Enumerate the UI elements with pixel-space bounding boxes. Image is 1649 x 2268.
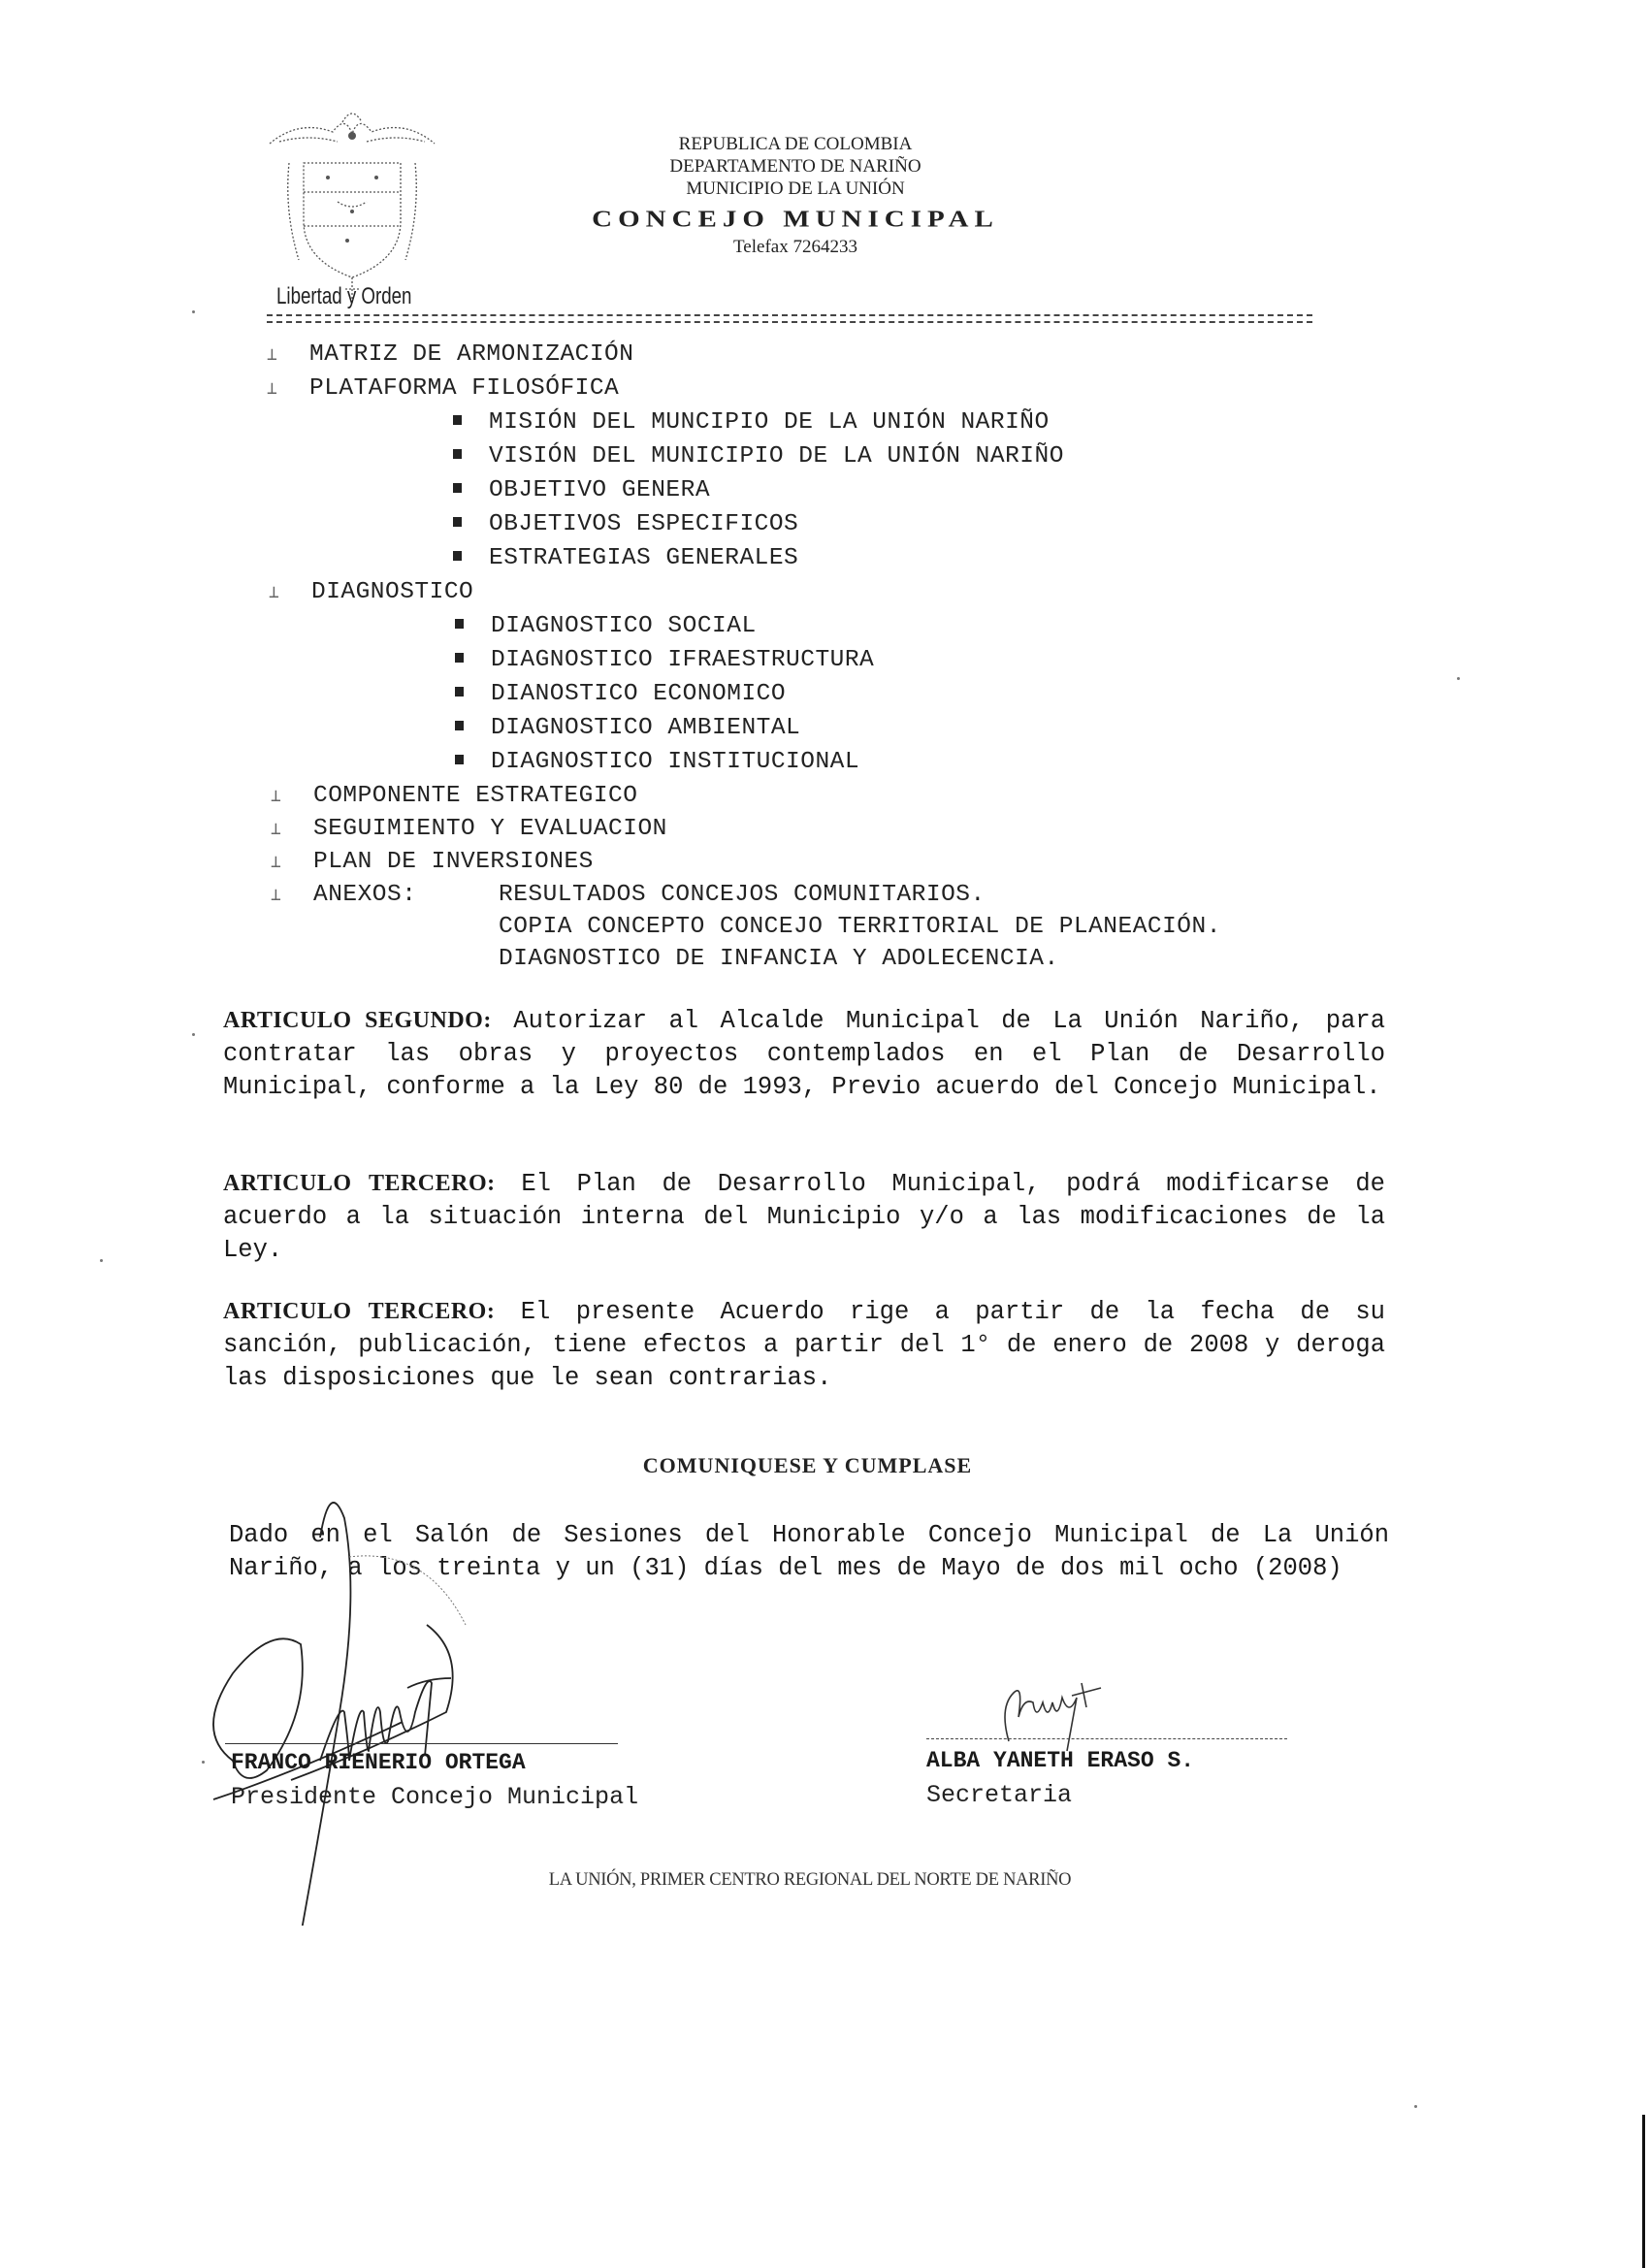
list-item: ⊥PLATAFORMA FILOSÓFICA: [267, 375, 619, 402]
president-role: Presidente Concejo Municipal: [231, 1783, 638, 1811]
annexes-label: ANEXOS:: [313, 882, 416, 908]
sub-list-item-label: OBJETIVO GENERA: [489, 477, 710, 503]
list-item-label: PLATAFORMA FILOSÓFICA: [309, 375, 619, 402]
arrow-bullet-icon: ⊥: [267, 378, 309, 400]
list-item: ⊥PLAN DE INVERSIONES: [271, 849, 594, 875]
header-council-title: CONCEJO MUNICIPAL: [504, 206, 1086, 233]
sub-list-item: OBJETIVO GENERA: [453, 477, 710, 503]
annexes-item: ⊥ANEXOS:: [271, 882, 416, 908]
president-name: FRANCO RIENERIO ORTEGA: [231, 1750, 526, 1775]
sub-list-item-label: OBJETIVOS ESPECIFICOS: [489, 511, 798, 537]
scan-speck: [1414, 2105, 1417, 2108]
footer-slogan: LA UNIÓN, PRIMER CENTRO REGIONAL DEL NOR…: [0, 1870, 1620, 1891]
header-country: REPUBLICA DE COLOMBIA: [504, 134, 1086, 155]
arrow-bullet-icon: ⊥: [271, 852, 313, 873]
header-telefax: Telefax 7264233: [504, 237, 1086, 258]
square-bullet-icon: [455, 755, 464, 764]
sub-list-item: DIANOSTICO ECONOMICO: [455, 681, 786, 707]
arrow-bullet-icon: ⊥: [271, 819, 313, 840]
coat-of-arms-icon: [260, 105, 444, 308]
annex-item: DIAGNOSTICO DE INFANCIA Y ADOLECENCIA.: [499, 946, 1059, 972]
list-item-label: PLAN DE INVERSIONES: [313, 849, 594, 875]
sub-list-item-label: DIAGNOSTICO IFRAESTRUCTURA: [491, 647, 874, 673]
scan-speck: [1457, 677, 1460, 680]
sub-list-item: MISIÓN DEL MUNCIPIO DE LA UNIÓN NARIÑO: [453, 409, 1050, 436]
square-bullet-icon: [455, 653, 464, 663]
sub-list-item-label: VISIÓN DEL MUNICIPIO DE LA UNIÓN NARIÑO: [489, 443, 1064, 470]
sub-list-item-label: DIAGNOSTICO AMBIENTAL: [491, 715, 800, 741]
annex-item: COPIA CONCEPTO CONCEJO TERRITORIAL DE PL…: [499, 914, 1221, 940]
header-municipality: MUNICIPIO DE LA UNIÓN: [504, 178, 1086, 200]
list-item-label: MATRIZ DE ARMONIZACIÓN: [309, 341, 633, 368]
sub-list-item: DIAGNOSTICO AMBIENTAL: [455, 715, 800, 741]
arrow-bullet-icon: ⊥: [267, 344, 309, 366]
scan-speck: [202, 1761, 205, 1764]
sub-list-item-label: ESTRATEGIAS GENERALES: [489, 545, 798, 571]
signature-secretary: [989, 1678, 1145, 1756]
list-item: ⊥COMPONENTE ESTRATEGICO: [271, 783, 637, 809]
sub-list-item-label: DIAGNOSTICO INSTITUCIONAL: [491, 749, 859, 775]
sub-list-item-label: DIAGNOSTICO SOCIAL: [491, 613, 757, 639]
list-item-label: DIAGNOSTICO: [311, 579, 473, 605]
list-item: ⊥DIAGNOSTICO: [269, 579, 473, 605]
closing-title: COMUNIQUESE Y CUMPLASE: [0, 1453, 1615, 1478]
sub-list-item: VISIÓN DEL MUNICIPIO DE LA UNIÓN NARIÑO: [453, 443, 1064, 470]
square-bullet-icon: [455, 619, 464, 629]
square-bullet-icon: [453, 483, 462, 493]
header-divider: [267, 314, 1312, 316]
sub-list-item: ESTRATEGIAS GENERALES: [453, 545, 798, 571]
sub-list-item-label: DIANOSTICO ECONOMICO: [491, 681, 786, 707]
arrow-bullet-icon: ⊥: [271, 786, 313, 807]
sub-list-item: DIAGNOSTICO INSTITUCIONAL: [455, 749, 859, 775]
article-heading: ARTICULO TERCERO:: [223, 1299, 495, 1324]
scan-speck: [192, 1033, 195, 1036]
arrow-bullet-icon: ⊥: [271, 885, 313, 906]
annex-item: RESULTADOS CONCEJOS COMUNITARIOS.: [499, 882, 986, 908]
scan-speck: [192, 310, 195, 313]
sub-list-item-label: MISIÓN DEL MUNCIPIO DE LA UNIÓN NARIÑO: [489, 409, 1050, 436]
signature-line: [225, 1743, 618, 1744]
sub-list-item: DIAGNOSTICO IFRAESTRUCTURA: [455, 647, 874, 673]
list-item-label: COMPONENTE ESTRATEGICO: [313, 783, 637, 809]
list-item: ⊥MATRIZ DE ARMONIZACIÓN: [267, 341, 633, 368]
secretary-role: Secretaria: [926, 1781, 1072, 1809]
article-heading: ARTICULO SEGUNDO:: [223, 1008, 492, 1033]
square-bullet-icon: [453, 517, 462, 527]
signature-line: [926, 1738, 1287, 1739]
article-tercero: ARTICULO TERCERO: El Plan de Desarrollo …: [223, 1167, 1385, 1267]
signature-president: [175, 1479, 611, 1926]
arrow-bullet-icon: ⊥: [269, 582, 311, 603]
square-bullet-icon: [453, 551, 462, 561]
square-bullet-icon: [455, 721, 464, 730]
square-bullet-icon: [453, 449, 462, 459]
article-tercero-2: ARTICULO TERCERO: El presente Acuerdo ri…: [223, 1295, 1385, 1395]
scan-edge-mark: [1642, 2115, 1645, 2268]
scan-speck: [100, 1259, 103, 1262]
sub-list-item: OBJETIVOS ESPECIFICOS: [453, 511, 798, 537]
sub-list-item: DIAGNOSTICO SOCIAL: [455, 613, 757, 639]
header-divider: [267, 321, 1312, 323]
secretary-name: ALBA YANETH ERASO S.: [926, 1748, 1194, 1773]
list-item: ⊥SEGUIMIENTO Y EVALUACION: [271, 816, 667, 842]
article-segundo: ARTICULO SEGUNDO: Autorizar al Alcalde M…: [223, 1004, 1385, 1104]
square-bullet-icon: [453, 415, 462, 425]
article-heading: ARTICULO TERCERO:: [223, 1171, 496, 1196]
header-department: DEPARTAMENTO DE NARIÑO: [504, 156, 1086, 178]
motto: Libertad y Orden: [276, 283, 411, 310]
square-bullet-icon: [455, 687, 464, 697]
list-item-label: SEGUIMIENTO Y EVALUACION: [313, 816, 667, 842]
